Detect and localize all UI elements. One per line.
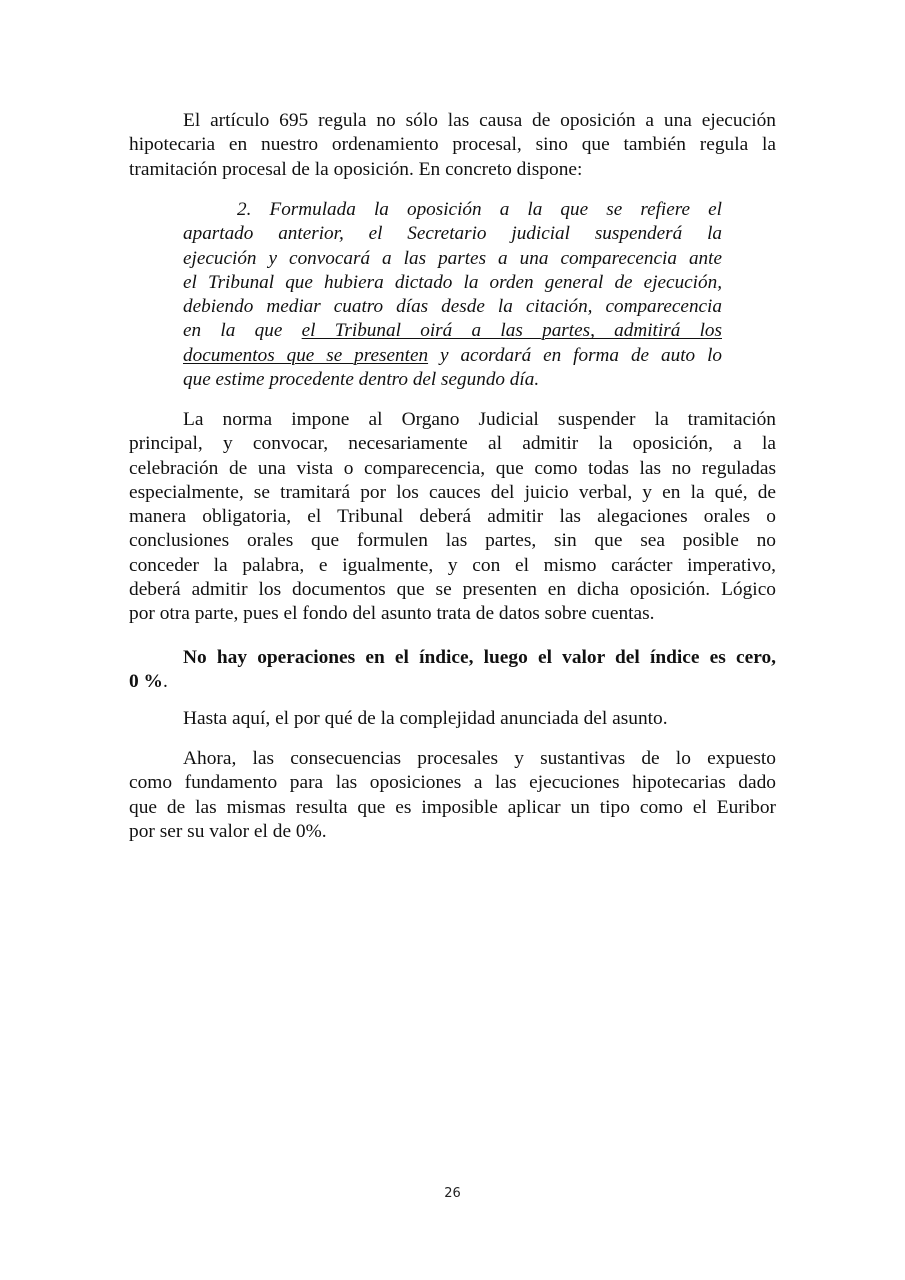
page-number: 26: [0, 1186, 905, 1201]
paragraph-intro: El artículo 695 regula no sólo las causa…: [129, 109, 776, 182]
bold-line: No hay operaciones en el índice, luego e…: [129, 646, 776, 670]
period: .: [163, 671, 168, 692]
paragraph-ahora: Ahora, las consecuencias procesales y su…: [129, 747, 776, 844]
quote-line: el Tribunal que hubiera dictado la orden…: [183, 271, 722, 295]
text-line: hipotecaria en nuestro ordenamiento proc…: [129, 133, 776, 157]
text-line: que de las mismas resulta que es imposib…: [129, 796, 776, 820]
quote-line: documentos que se presenten y acordará e…: [183, 344, 722, 368]
text-line: celebración de una vista o comparecencia…: [129, 457, 776, 481]
text-line: como fundamento para las oposiciones a l…: [129, 771, 776, 795]
underlined-emphasis: el Tribunal oirá a las partes, admitirá …: [302, 320, 722, 341]
quote-line: en la que el Tribunal oirá a las partes,…: [183, 319, 722, 343]
text-line: principal, y convocar, necesariamente al…: [129, 432, 776, 456]
text-line: manera obligatoria, el Tribunal deberá a…: [129, 505, 776, 529]
text-line: por ser su valor el de 0%.: [129, 820, 776, 844]
bold-statement: No hay operaciones en el índice, luego e…: [129, 646, 776, 695]
paragraph-hasta-aqui: Hasta aquí, el por qué de la complejidad…: [129, 707, 776, 731]
quote-line: 2. Formulada la oposición a la que se re…: [183, 198, 722, 222]
text-line: La norma impone al Organo Judicial suspe…: [129, 408, 776, 432]
underlined-emphasis: documentos que se presenten: [183, 345, 428, 366]
text-line: especialmente, se tramitará por los cauc…: [129, 481, 776, 505]
zero-percent: 0 %: [129, 671, 163, 692]
text-line: tramitación procesal de la oposición. En…: [129, 158, 776, 182]
text-line: conceder la palabra, e igualmente, y con…: [129, 554, 776, 578]
quote-line: apartado anterior, el Secretario judicia…: [183, 222, 722, 246]
quote-line: que estime procedente dentro del segundo…: [183, 368, 722, 392]
quote-line: debiendo mediar cuatro días desde la cit…: [183, 295, 722, 319]
quote-text: en la que: [183, 320, 302, 341]
text-line: Ahora, las consecuencias procesales y su…: [129, 747, 776, 771]
quote-line: ejecución y convocará a las partes a una…: [183, 247, 722, 271]
paragraph-norma: La norma impone al Organo Judicial suspe…: [129, 408, 776, 627]
quote-text: y acordará en forma de auto lo: [428, 345, 722, 366]
text-line: por otra parte, pues el fondo del asunto…: [129, 602, 776, 626]
text-line: El artículo 695 regula no sólo las causa…: [129, 109, 776, 133]
document-page: El artículo 695 regula no sólo las causa…: [0, 0, 905, 1280]
text-line: deberá admitir los documentos que se pre…: [129, 578, 776, 602]
legal-quote-block: 2. Formulada la oposición a la que se re…: [183, 198, 722, 392]
text-line: Hasta aquí, el por qué de la complejidad…: [129, 707, 776, 731]
text-line: conclusiones orales que formulen las par…: [129, 529, 776, 553]
bold-line: 0 %.: [129, 670, 776, 694]
